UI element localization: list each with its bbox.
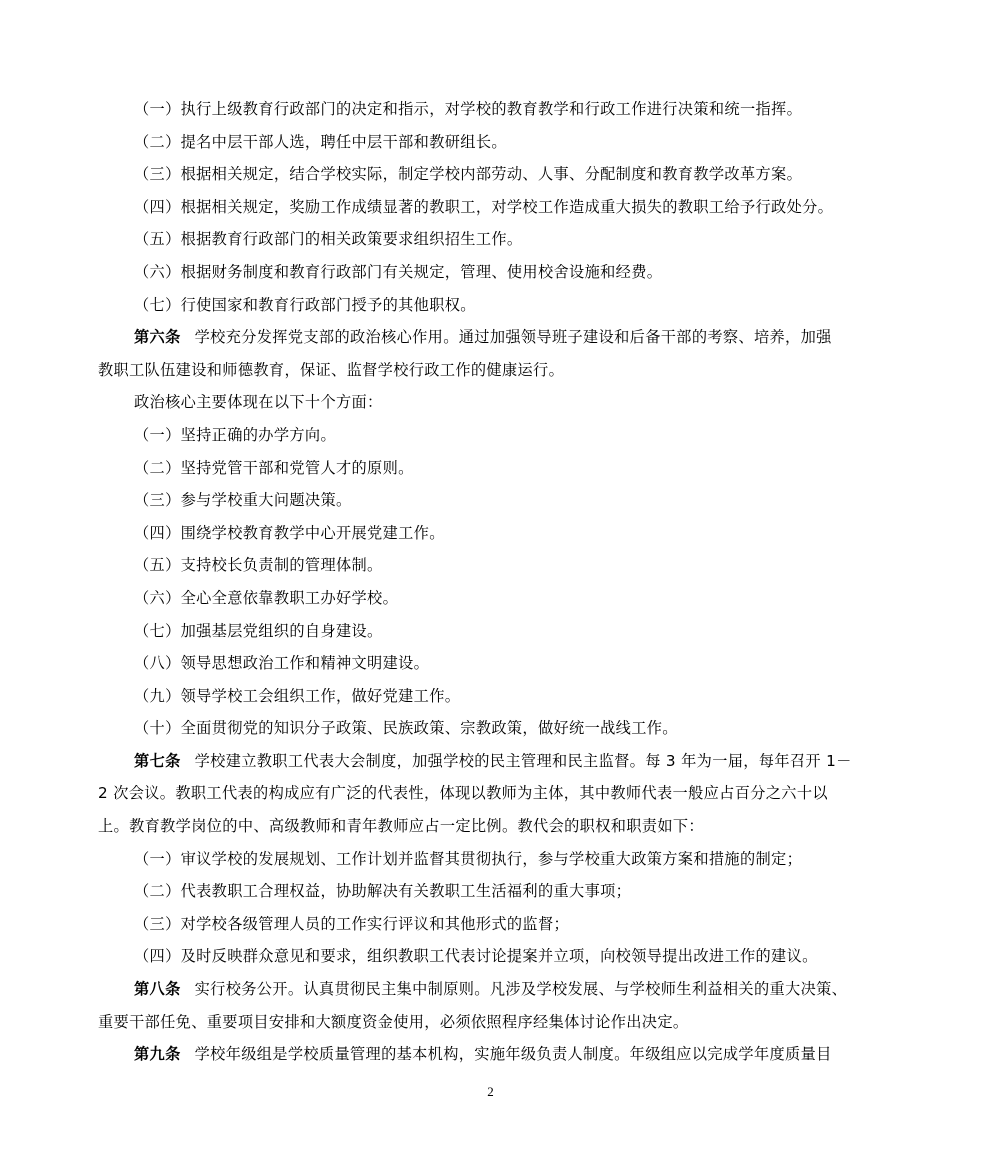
paragraph-line: 政治核心主要体现在以下十个方面： [98, 386, 888, 419]
paragraph-line: （四）根据相关规定，奖励工作成绩显著的教职工，对学校工作造成重大损失的教职工给予… [98, 191, 888, 224]
line-text: 重要干部任免、重要项目安排和大额度资金使用，必须依照程序经集体讨论作出决定。 [98, 1013, 688, 1031]
document-page: （一）执行上级教育行政部门的决定和指示，对学校的教育教学和行政工作进行决策和统一… [0, 0, 985, 1170]
line-text: （七）行使国家和教育行政部门授予的其他职权。 [134, 296, 476, 314]
line-text: （六）全心全意依靠教职工办好学校。 [134, 589, 398, 607]
line-text: 学校充分发挥党支部的政治核心作用。通过加强领导班子建设和后备干部的考察、培养，加… [195, 328, 832, 346]
line-text: 学校建立教职工代表大会制度，加强学校的民主管理和民主监督。每 3 年为一届，每年… [195, 752, 852, 770]
paragraph-line: （十）全面贯彻党的知识分子政策、民族政策、宗教政策，做好统一战线工作。 [98, 712, 888, 745]
line-text: （三）参与学校重大问题决策。 [134, 491, 352, 509]
line-text: （一）审议学校的发展规划、工作计划并监督其贯彻执行，参与学校重大政策方案和措施的… [134, 850, 802, 868]
article-6-heading-line: 第六条学校充分发挥党支部的政治核心作用。通过加强领导班子建设和后备干部的考察、培… [98, 321, 888, 354]
paragraph-line: （二）提名中层干部人选，聘任中层干部和教研组长。 [98, 126, 888, 159]
paragraph-line: （一）坚持正确的办学方向。 [98, 419, 888, 452]
paragraph-line: （四）围绕学校教育教学中心开展党建工作。 [98, 517, 888, 550]
line-text: （六）根据财务制度和教育行政部门有关规定，管理、使用校舍设施和经费。 [134, 263, 662, 281]
line-text: （二）坚持党管干部和党管人才的原则。 [134, 459, 414, 477]
paragraph-line: 教职工队伍建设和师德教育，保证、监督学校行政工作的健康运行。 [98, 354, 888, 387]
line-text: 政治核心主要体现在以下十个方面： [134, 393, 383, 411]
document-body: （一）执行上级教育行政部门的决定和指示，对学校的教育教学和行政工作进行决策和统一… [98, 93, 888, 1071]
paragraph-line: （六）全心全意依靠教职工办好学校。 [98, 582, 888, 615]
line-text: （五）根据教育行政部门的相关政策要求组织招生工作。 [134, 230, 522, 248]
article-label: 第八条 [134, 980, 181, 998]
line-text: （三）对学校各级管理人员的工作实行评议和其他形式的监督； [134, 915, 569, 933]
line-text: （四）根据相关规定，奖励工作成绩显著的教职工，对学校工作造成重大损失的教职工给予… [134, 198, 833, 216]
line-text: 上。教育教学岗位的中、高级教师和青年教师应占一定比例。教代会的职权和职责如下： [98, 817, 704, 835]
line-text: （一）坚持正确的办学方向。 [134, 426, 336, 444]
paragraph-line: （八）领导思想政治工作和精神文明建设。 [98, 647, 888, 680]
line-text: （二）提名中层干部人选，聘任中层干部和教研组长。 [134, 133, 507, 151]
paragraph-line: （四）及时反映群众意见和要求，组织教职工代表讨论提案并立项，向校领导提出改进工作… [98, 940, 888, 973]
paragraph-line: （一）执行上级教育行政部门的决定和指示，对学校的教育教学和行政工作进行决策和统一… [98, 93, 888, 126]
article-8-heading-line: 第八条实行校务公开。认真贯彻民主集中制原则。凡涉及学校发展、与学校师生利益相关的… [98, 973, 888, 1006]
paragraph-line: （三）对学校各级管理人员的工作实行评议和其他形式的监督； [98, 908, 888, 941]
paragraph-line: （七）加强基层党组织的自身建设。 [98, 615, 888, 648]
article-label: 第六条 [134, 328, 181, 346]
line-text: （八）领导思想政治工作和精神文明建设。 [134, 654, 429, 672]
paragraph-line: （二）坚持党管干部和党管人才的原则。 [98, 452, 888, 485]
paragraph-line: （二）代表教职工合理权益，协助解决有关教职工生活福利的重大事项； [98, 875, 888, 908]
page-number-text: 2 [487, 1084, 494, 1099]
line-text: （四）围绕学校教育教学中心开展党建工作。 [134, 524, 445, 542]
paragraph-line: （一）审议学校的发展规划、工作计划并监督其贯彻执行，参与学校重大政策方案和措施的… [98, 843, 888, 876]
paragraph-line: （六）根据财务制度和教育行政部门有关规定，管理、使用校舍设施和经费。 [98, 256, 888, 289]
line-text: （十）全面贯彻党的知识分子政策、民族政策、宗教政策，做好统一战线工作。 [134, 719, 678, 737]
line-text: （三）根据相关规定，结合学校实际，制定学校内部劳动、人事、分配制度和教育教学改革… [134, 165, 802, 183]
article-9-heading-line: 第九条学校年级组是学校质量管理的基本机构，实施年级负责人制度。年级组应以完成学年… [98, 1038, 888, 1071]
article-7-heading-line: 第七条学校建立教职工代表大会制度，加强学校的民主管理和民主监督。每 3 年为一届… [98, 745, 888, 778]
line-text: （二）代表教职工合理权益，协助解决有关教职工生活福利的重大事项； [134, 882, 631, 900]
line-text: （五）支持校长负责制的管理体制。 [134, 556, 383, 574]
line-text: 2 次会议。教职工代表的构成应有广泛的代表性，体现以教师为主体，其中教师代表一般… [98, 784, 828, 802]
line-text: （一）执行上级教育行政部门的决定和指示，对学校的教育教学和行政工作进行决策和统一… [134, 100, 802, 118]
paragraph-line: （七）行使国家和教育行政部门授予的其他职权。 [98, 289, 888, 322]
line-text: （七）加强基层党组织的自身建设。 [134, 622, 383, 640]
page-number: 2 [0, 1084, 985, 1100]
paragraph-line: （五）支持校长负责制的管理体制。 [98, 549, 888, 582]
line-text: 教职工队伍建设和师德教育，保证、监督学校行政工作的健康运行。 [98, 361, 564, 379]
line-text: （九）领导学校工会组织工作，做好党建工作。 [134, 687, 460, 705]
paragraph-line: （三）参与学校重大问题决策。 [98, 484, 888, 517]
paragraph-line: 上。教育教学岗位的中、高级教师和青年教师应占一定比例。教代会的职权和职责如下： [98, 810, 888, 843]
article-label: 第九条 [134, 1045, 181, 1063]
article-label: 第七条 [134, 752, 181, 770]
paragraph-line: 2 次会议。教职工代表的构成应有广泛的代表性，体现以教师为主体，其中教师代表一般… [98, 777, 888, 810]
paragraph-line: （三）根据相关规定，结合学校实际，制定学校内部劳动、人事、分配制度和教育教学改革… [98, 158, 888, 191]
line-text: （四）及时反映群众意见和要求，组织教职工代表讨论提案并立项，向校领导提出改进工作… [134, 947, 818, 965]
line-text: 学校年级组是学校质量管理的基本机构，实施年级负责人制度。年级组应以完成学年度质量… [195, 1045, 832, 1063]
line-text: 实行校务公开。认真贯彻民主集中制原则。凡涉及学校发展、与学校师生利益相关的重大决… [195, 980, 848, 998]
paragraph-line: 重要干部任免、重要项目安排和大额度资金使用，必须依照程序经集体讨论作出决定。 [98, 1006, 888, 1039]
paragraph-line: （九）领导学校工会组织工作，做好党建工作。 [98, 680, 888, 713]
paragraph-line: （五）根据教育行政部门的相关政策要求组织招生工作。 [98, 223, 888, 256]
